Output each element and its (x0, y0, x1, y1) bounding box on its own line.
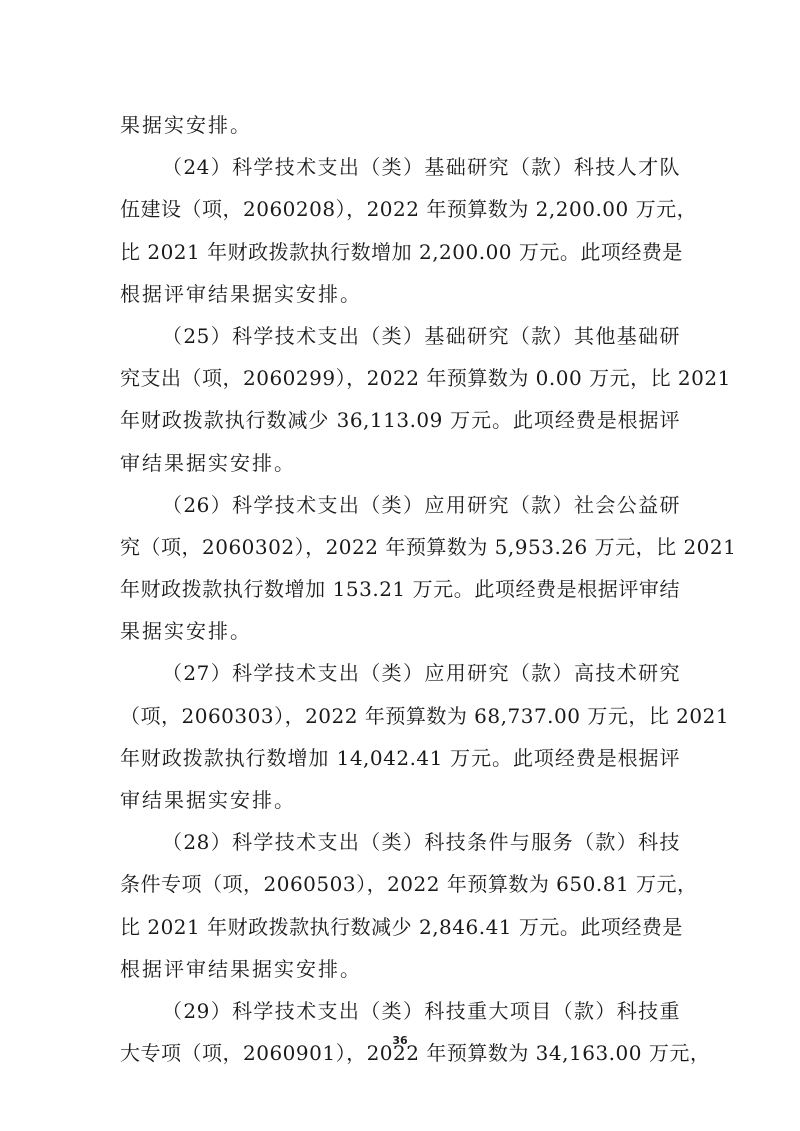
paragraph-26-line-2: 究（项，2060302），2022 年预算数为 5,953.26 万元，比 20… (120, 526, 680, 568)
paragraph-25-line-4: 审结果据实安排。 (120, 442, 680, 484)
paragraph-25-line-3: 年财政拨款执行数减少 36,113.09 万元。此项经费是根据评 (120, 399, 680, 441)
paragraph-26-line-1: （26）科学技术支出（类）应用研究（款）社会公益研 (120, 484, 680, 526)
page-number: 36 (0, 1034, 800, 1047)
paragraph-28-line-2: 条件专项（项，2060503），2022 年预算数为 650.81 万元， (120, 863, 680, 905)
text-line: 果据实安排。 (120, 104, 680, 146)
paragraph-24-line-4: 根据评审结果据实安排。 (120, 273, 680, 315)
paragraph-27-line-2: （项，2060303），2022 年预算数为 68,737.00 万元，比 20… (120, 695, 680, 737)
paragraph-24-line-1: （24）科学技术支出（类）基础研究（款）科技人才队 (120, 146, 680, 188)
paragraph-25-line-2: 究支出（项，2060299），2022 年预算数为 0.00 万元，比 2021 (120, 357, 680, 399)
paragraph-27-line-4: 审结果据实安排。 (120, 779, 680, 821)
document-page: 果据实安排。 （24）科学技术支出（类）基础研究（款）科技人才队 伍建设（项，2… (0, 0, 800, 1131)
paragraph-27-line-3: 年财政拨款执行数增加 14,042.41 万元。此项经费是根据评 (120, 737, 680, 779)
paragraph-27-line-1: （27）科学技术支出（类）应用研究（款）高技术研究 (120, 652, 680, 694)
paragraph-26-line-4: 果据实安排。 (120, 610, 680, 652)
paragraph-24-line-3: 比 2021 年财政拨款执行数增加 2,200.00 万元。此项经费是 (120, 231, 680, 273)
paragraph-28-line-3: 比 2021 年财政拨款执行数减少 2,846.41 万元。此项经费是 (120, 906, 680, 948)
paragraph-29-line-1: （29）科学技术支出（类）科技重大项目（款）科技重 (120, 990, 680, 1032)
paragraph-24-line-2: 伍建设（项，2060208），2022 年预算数为 2,200.00 万元， (120, 188, 680, 230)
paragraph-26-line-3: 年财政拨款执行数增加 153.21 万元。此项经费是根据评审结 (120, 568, 680, 610)
paragraph-28-line-4: 根据评审结果据实安排。 (120, 948, 680, 990)
paragraph-25-line-1: （25）科学技术支出（类）基础研究（款）其他基础研 (120, 315, 680, 357)
paragraph-28-line-1: （28）科学技术支出（类）科技条件与服务（款）科技 (120, 821, 680, 863)
body-text: 果据实安排。 （24）科学技术支出（类）基础研究（款）科技人才队 伍建设（项，2… (120, 104, 680, 1074)
